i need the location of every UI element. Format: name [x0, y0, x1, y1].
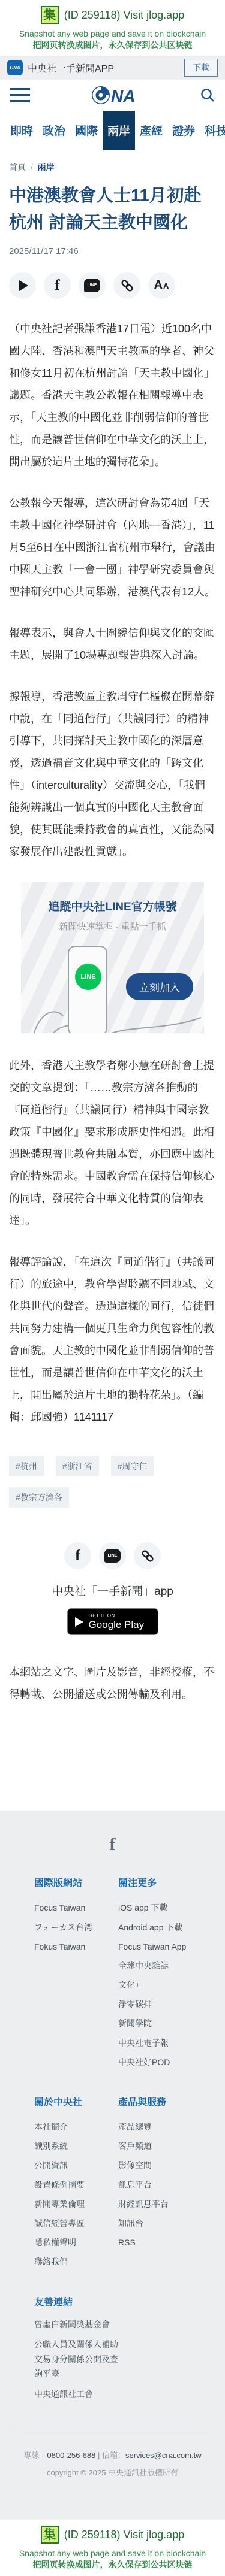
menu-icon[interactable]: [10, 88, 30, 102]
footer-link[interactable]: 客戶頻道: [118, 2136, 217, 2156]
footer-link[interactable]: 公職人員及關係人補助交易身分關係公開及查詢平臺: [34, 2337, 118, 2381]
footer-section-follow-more: 關注更多 iOS app 下載 Android app 下載 Focus Tai…: [118, 1875, 217, 2072]
jlog-logo-icon: 集: [41, 2526, 59, 2544]
footer-link[interactable]: フォーカス台湾: [34, 1918, 118, 1937]
font-size-button[interactable]: AA: [148, 272, 175, 299]
share-line-button[interactable]: LINE: [79, 272, 106, 299]
jlog-ad-banner-bottom[interactable]: 集 (ID 259118) Visit jlog.app Snapshot an…: [0, 2520, 225, 2575]
footer-copyright: copyright © 2025 中央通訊社版權所有: [0, 2466, 225, 2478]
link-icon: [119, 278, 135, 293]
footer-divider: [18, 2433, 207, 2433]
footer-link[interactable]: 影像空間: [118, 2156, 217, 2175]
contact-email-label: 信箱：: [102, 2451, 125, 2460]
site-header: NA: [0, 80, 225, 111]
nav-tab-realtime[interactable]: 即時: [5, 111, 38, 150]
usage-notice: 本網站之文字、圖片及影音，非經授權，不得轉載、公開播送或公開傳輸及利用。: [9, 1661, 216, 1706]
footer-link[interactable]: 知訊台: [118, 2214, 217, 2233]
nav-tab-politics[interactable]: 政治: [38, 111, 70, 150]
footer-section-international: 國際版網站 Focus Taiwan フォーカス台湾 Fokus Taiwan: [34, 1875, 118, 2072]
footer-link[interactable]: 中央社電子報: [118, 2033, 217, 2053]
footer-link[interactable]: Android app 下載: [118, 1918, 217, 1937]
footer-link[interactable]: 誠信經營專區: [34, 2214, 118, 2233]
line-join-button[interactable]: 立刻加入: [126, 973, 193, 1000]
line-promo-banner[interactable]: 追蹤中央社LINE官方帳號 新聞快速掌握 · 重點一手抓 LINE 立刻加入: [21, 882, 204, 1033]
share-toolbar-bottom: f LINE: [0, 1542, 225, 1569]
app-download-bar: CNA 中央社一手新聞APP 下載: [0, 56, 225, 80]
contact-separator: |: [95, 2451, 102, 2460]
footer-link[interactable]: Focus Taiwan App: [118, 1937, 217, 1956]
share-facebook-button[interactable]: f: [44, 272, 71, 299]
article-paragraph: （中央社記者張謙香港17日電）近100名中國大陸、香港和澳門天主教區的學者、神父…: [9, 318, 216, 473]
footer-link[interactable]: iOS app 下載: [118, 1898, 217, 1917]
nav-tab-securities[interactable]: 證券: [167, 111, 200, 150]
contact-phone: 0800-256-688: [47, 2451, 95, 2460]
footer-link[interactable]: Fokus Taiwan: [34, 1937, 118, 1956]
share-toolbar-top: f LINE AA: [9, 272, 216, 299]
cna-app-icon: CNA: [7, 60, 23, 75]
facebook-icon: f: [75, 1548, 80, 1564]
jlog-ad-banner-top[interactable]: 集 (ID 259118) Visit jlog.app Snapshot an…: [0, 0, 225, 56]
play-icon: [19, 280, 28, 291]
jlog-logo-icon: 集: [41, 6, 59, 24]
jlog-subtitle-en: Snapshot any web page and save it on blo…: [0, 2548, 225, 2559]
footer-link[interactable]: 識別系統: [34, 2136, 118, 2156]
app-promo-title: 中央社「一手新聞」app: [0, 1582, 225, 1599]
tag-zhejiang[interactable]: #浙江省: [56, 1456, 99, 1476]
footer-section-friendly-links: 友善連結 曾虛白新聞獎基金會 公職人員及關係人補助交易身分關係公開及查詢平臺 中…: [34, 2295, 118, 2407]
site-footer: f 國際版網站 Focus Taiwan フォーカス台湾 Fokus Taiwa…: [0, 1811, 225, 2520]
font-size-icon: AA: [154, 279, 170, 292]
footer-link[interactable]: 曾虛白新聞獎基金會: [34, 2317, 118, 2332]
jlog-subtitle-en: Snapshot any web page and save it on blo…: [0, 28, 225, 39]
line-promo-title: 追蹤中央社LINE官方帳號: [21, 898, 204, 914]
footer-link[interactable]: 訊息平台: [118, 2175, 217, 2194]
article-paragraph: 據報導，香港教區主教周守仁樞機在開幕辭中說，在「同道偕行」（共議同行）的精神引導…: [9, 686, 216, 863]
line-promo-subtitle: 新聞快速掌握 · 重點一手抓: [21, 920, 204, 933]
tag-hangzhou[interactable]: #杭州: [9, 1456, 44, 1476]
app-bar-title: 中央社一手新聞APP: [28, 61, 179, 75]
footer-section-products: 產品與服務 產品總覽 客戶頻道 影像空間 訊息平台 財經訊息平台 知訊台 RSS: [118, 2094, 217, 2272]
footer-heading: 關於中央社: [34, 2094, 118, 2108]
footer-link[interactable]: 新聞學院: [118, 2014, 217, 2033]
nav-tab-cross-strait[interactable]: 兩岸: [103, 111, 135, 150]
footer-facebook-icon[interactable]: f: [106, 1835, 119, 1855]
footer-link[interactable]: 新聞專業倫理: [34, 2194, 118, 2214]
nav-tab-economy[interactable]: 產經: [135, 111, 167, 150]
article-paragraph: 此外，香港天主教學者鄭小慧在研討會上提交的文章提到：「……教宗方濟各推動的『同道…: [9, 1055, 216, 1232]
footer-link[interactable]: 本社簡介: [34, 2117, 118, 2136]
listen-button[interactable]: [9, 272, 36, 299]
google-play-icon: [75, 1617, 83, 1627]
breadcrumb: 首頁 / 兩岸: [0, 150, 225, 175]
footer-link[interactable]: 文化+: [118, 1975, 217, 1994]
footer-heading: 關注更多: [118, 1875, 217, 1889]
footer-link[interactable]: 設置條例摘要: [34, 2175, 118, 2194]
cna-logo-letters: NA: [111, 87, 135, 105]
footer-link[interactable]: 產品總覽: [118, 2117, 217, 2136]
jlog-subtitle-zh: 把网页转换成图片，永久保存到公共区块链: [0, 39, 225, 51]
footer-link[interactable]: RSS: [118, 2233, 217, 2252]
article-date: 2025/11/17 17:46: [9, 246, 216, 256]
footer-section-about: 關於中央社 本社簡介 識別系統 公開資訊 設置條例摘要 新聞專業倫理 誠信經營專…: [34, 2094, 118, 2272]
article-paragraph: 公教報今天報導，這次研討會為第4屆「天主教中國化神學研討會（內地—香港）」，11…: [9, 492, 216, 603]
app-download-button[interactable]: 下載: [184, 59, 218, 77]
google-play-badge[interactable]: GET IT ON Google Play: [67, 1608, 158, 1635]
footer-contact: 專線：0800-256-688 | 信箱：services@cna.com.tw: [0, 2449, 225, 2460]
contact-email[interactable]: services@cna.com.tw: [125, 2451, 202, 2460]
nav-tab-technology[interactable]: 科技: [200, 111, 225, 150]
line-icon: LINE: [104, 1549, 121, 1563]
footer-heading: 友善連結: [34, 2295, 118, 2308]
breadcrumb-section-link[interactable]: 兩岸: [38, 162, 55, 172]
tag-chow-sau-yan[interactable]: #周守仁: [111, 1456, 154, 1476]
search-icon[interactable]: [200, 87, 215, 103]
footer-heading: 國際版網站: [34, 1875, 118, 1889]
share-line-button[interactable]: LINE: [99, 1542, 126, 1569]
article-paragraph: 報導評論說，「在這次『同道偕行』（共議同行）的旅途中，教會學習聆聽不同地域、文化…: [9, 1251, 216, 1428]
link-icon: [140, 1548, 155, 1564]
footer-link[interactable]: 公開資訊: [34, 2156, 118, 2175]
footer-link[interactable]: 全球中央雜誌: [118, 1956, 217, 1975]
copy-link-button[interactable]: [134, 1542, 161, 1569]
jlog-subtitle-zh: 把网页转换成图片，永久保存到公共区块链: [0, 2559, 225, 2571]
line-promo-illustration: LINE 立刻加入: [21, 941, 204, 1033]
footer-link[interactable]: 淨零碳排: [118, 1994, 217, 2014]
footer-link[interactable]: Focus Taiwan: [34, 1898, 118, 1917]
spacer: [0, 1706, 225, 1811]
contact-phone-label: 專線：: [23, 2451, 47, 2460]
footer-link[interactable]: 財經訊息平台: [118, 2194, 217, 2214]
footer-link[interactable]: 隱私權聲明: [34, 2233, 118, 2252]
footer-link[interactable]: 中央社好POD: [118, 2053, 217, 2072]
google-play-small-text: GET IT ON: [89, 1613, 145, 1618]
article-paragraph: 報導表示，與會人士圍繞信仰與文化的交匯主題，展開了10場專題報告與深入討論。: [9, 622, 216, 667]
category-nav: 即時 政治 國際 兩岸 產經 證券 科技: [0, 111, 225, 150]
page-title: 中港澳教會人士11月初赴杭州 討論天主教中國化: [9, 183, 216, 237]
breadcrumb-home-link[interactable]: 首頁: [9, 162, 26, 172]
tag-list: #杭州 #浙江省 #周守仁 #教宗方濟各: [9, 1456, 216, 1508]
line-icon: LINE: [84, 279, 100, 292]
nav-tab-world[interactable]: 國際: [70, 111, 103, 150]
jlog-title[interactable]: (ID 259118) Visit jlog.app: [64, 2529, 184, 2541]
footer-link-grid: 國際版網站 Focus Taiwan フォーカス台湾 Fokus Taiwan …: [0, 1875, 225, 2407]
footer-link[interactable]: 中央通訊社工會: [34, 2387, 118, 2402]
breadcrumb-separator: /: [31, 162, 33, 172]
facebook-icon: f: [55, 277, 59, 294]
google-play-large-text: Google Play: [89, 1619, 145, 1631]
share-facebook-button[interactable]: f: [64, 1542, 91, 1569]
footer-link[interactable]: 聯絡我們: [34, 2252, 118, 2271]
article-body: （中央社記者張謙香港17日電）近100名中國大陸、香港和澳門天主教區的學者、神父…: [0, 318, 225, 1428]
cna-logo[interactable]: NA: [91, 84, 140, 107]
copy-link-button[interactable]: [113, 272, 140, 299]
footer-heading: 產品與服務: [118, 2094, 217, 2108]
tag-pope-francis[interactable]: #教宗方濟各: [9, 1487, 69, 1508]
jlog-title[interactable]: (ID 259118) Visit jlog.app: [64, 9, 184, 22]
